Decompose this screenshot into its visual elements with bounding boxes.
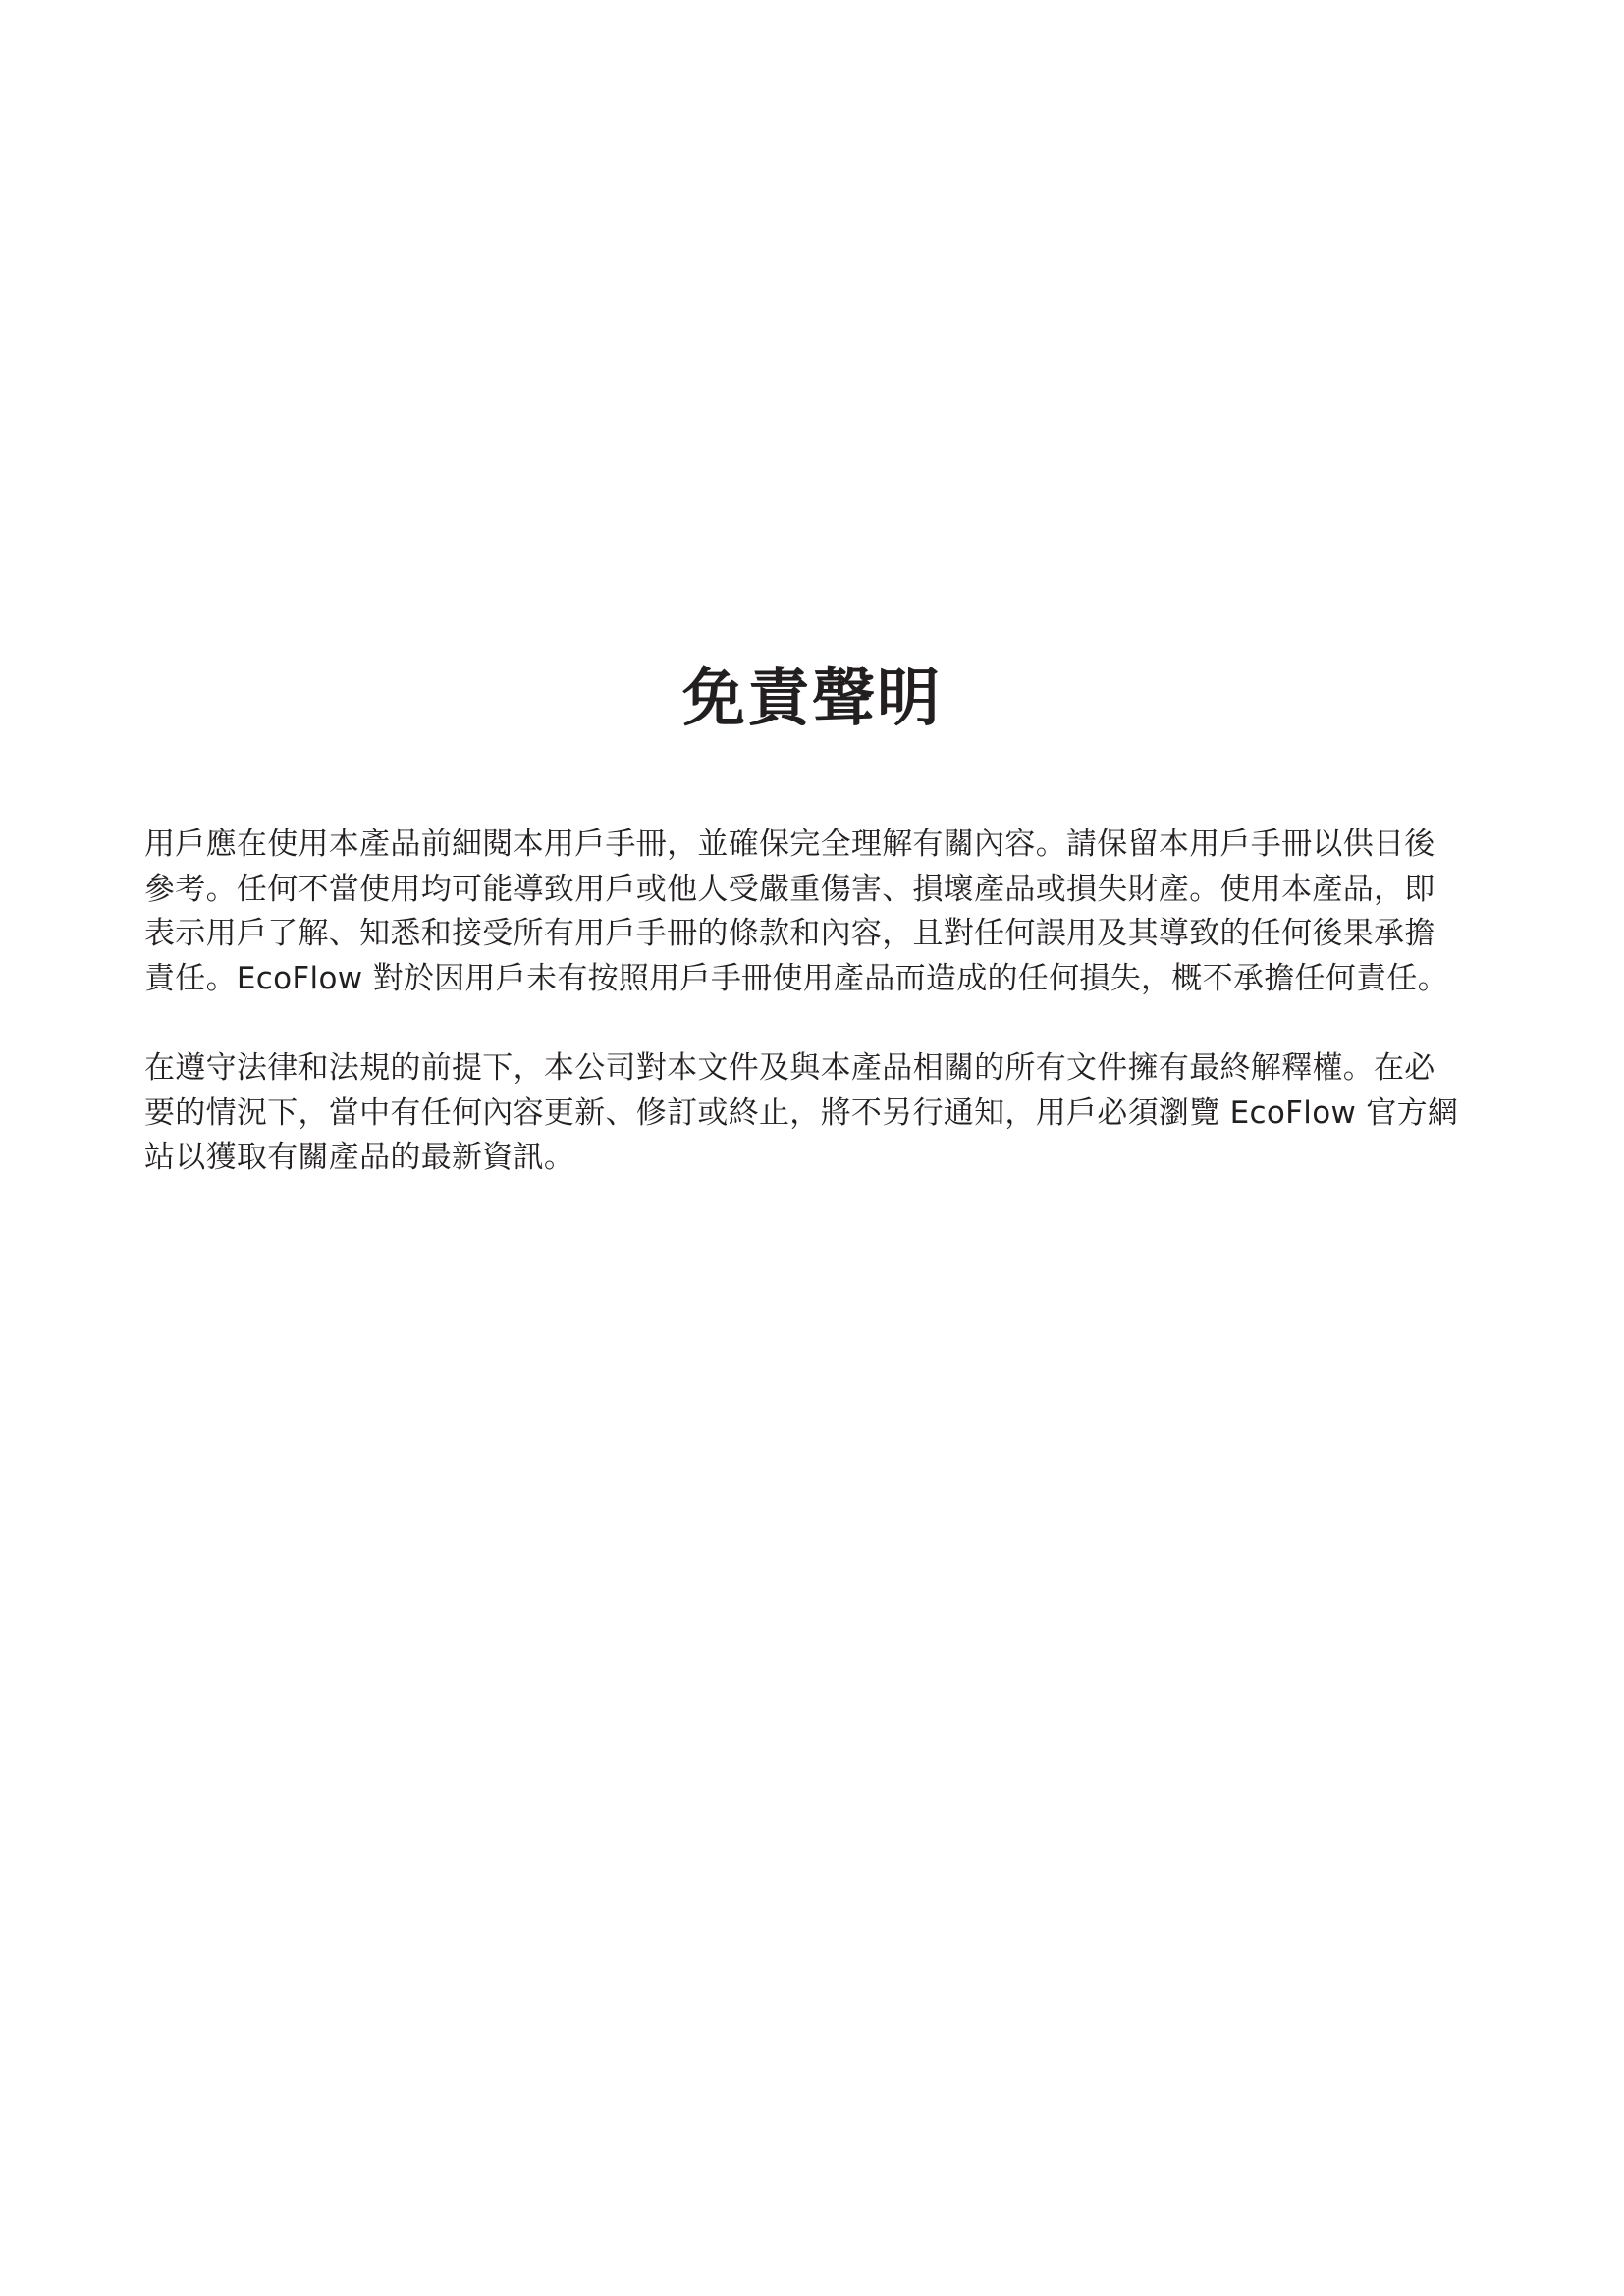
paragraph-line: 參考。任何不當使用均可能導致用戶或他人受嚴重傷害、損壞產品或損失財產。使用本產品… [144,868,1489,913]
disclaimer-paragraph-1: 用戶應在使用本產品前細閱本用戶手冊，並確保完全理解有關內容。請保留本用戶手冊以供… [144,823,1489,1001]
paragraph-line: 責任。EcoFlow 對於因用戶未有按照用戶手冊使用產品而造成的任何損失，概不承… [144,957,1489,1002]
page-title: 免責聲明 [0,660,1624,738]
document-page: 免責聲明 用戶應在使用本產品前細閱本用戶手冊，並確保完全理解有關內容。請保留本用… [0,0,1624,2296]
paragraph-line: 在遵守法律和法規的前提下，本公司對本文件及與本產品相關的所有文件擁有最終解釋權。… [144,1046,1489,1092]
paragraph-line: 用戶應在使用本產品前細閱本用戶手冊，並確保完全理解有關內容。請保留本用戶手冊以供… [144,823,1489,868]
paragraph-line: 表示用戶了解、知悉和接受所有用戶手冊的條款和內容，且對任何誤用及其導致的任何後果… [144,912,1489,957]
paragraph-line: 站以獲取有關產品的最新資訊。 [144,1136,1489,1181]
paragraph-line: 要的情況下，當中有任何內容更新、修訂或終止，將不另行通知，用戶必須瀏覽 EcoF… [144,1092,1489,1137]
disclaimer-paragraph-2: 在遵守法律和法規的前提下，本公司對本文件及與本產品相關的所有文件擁有最終解釋權。… [144,1046,1489,1181]
